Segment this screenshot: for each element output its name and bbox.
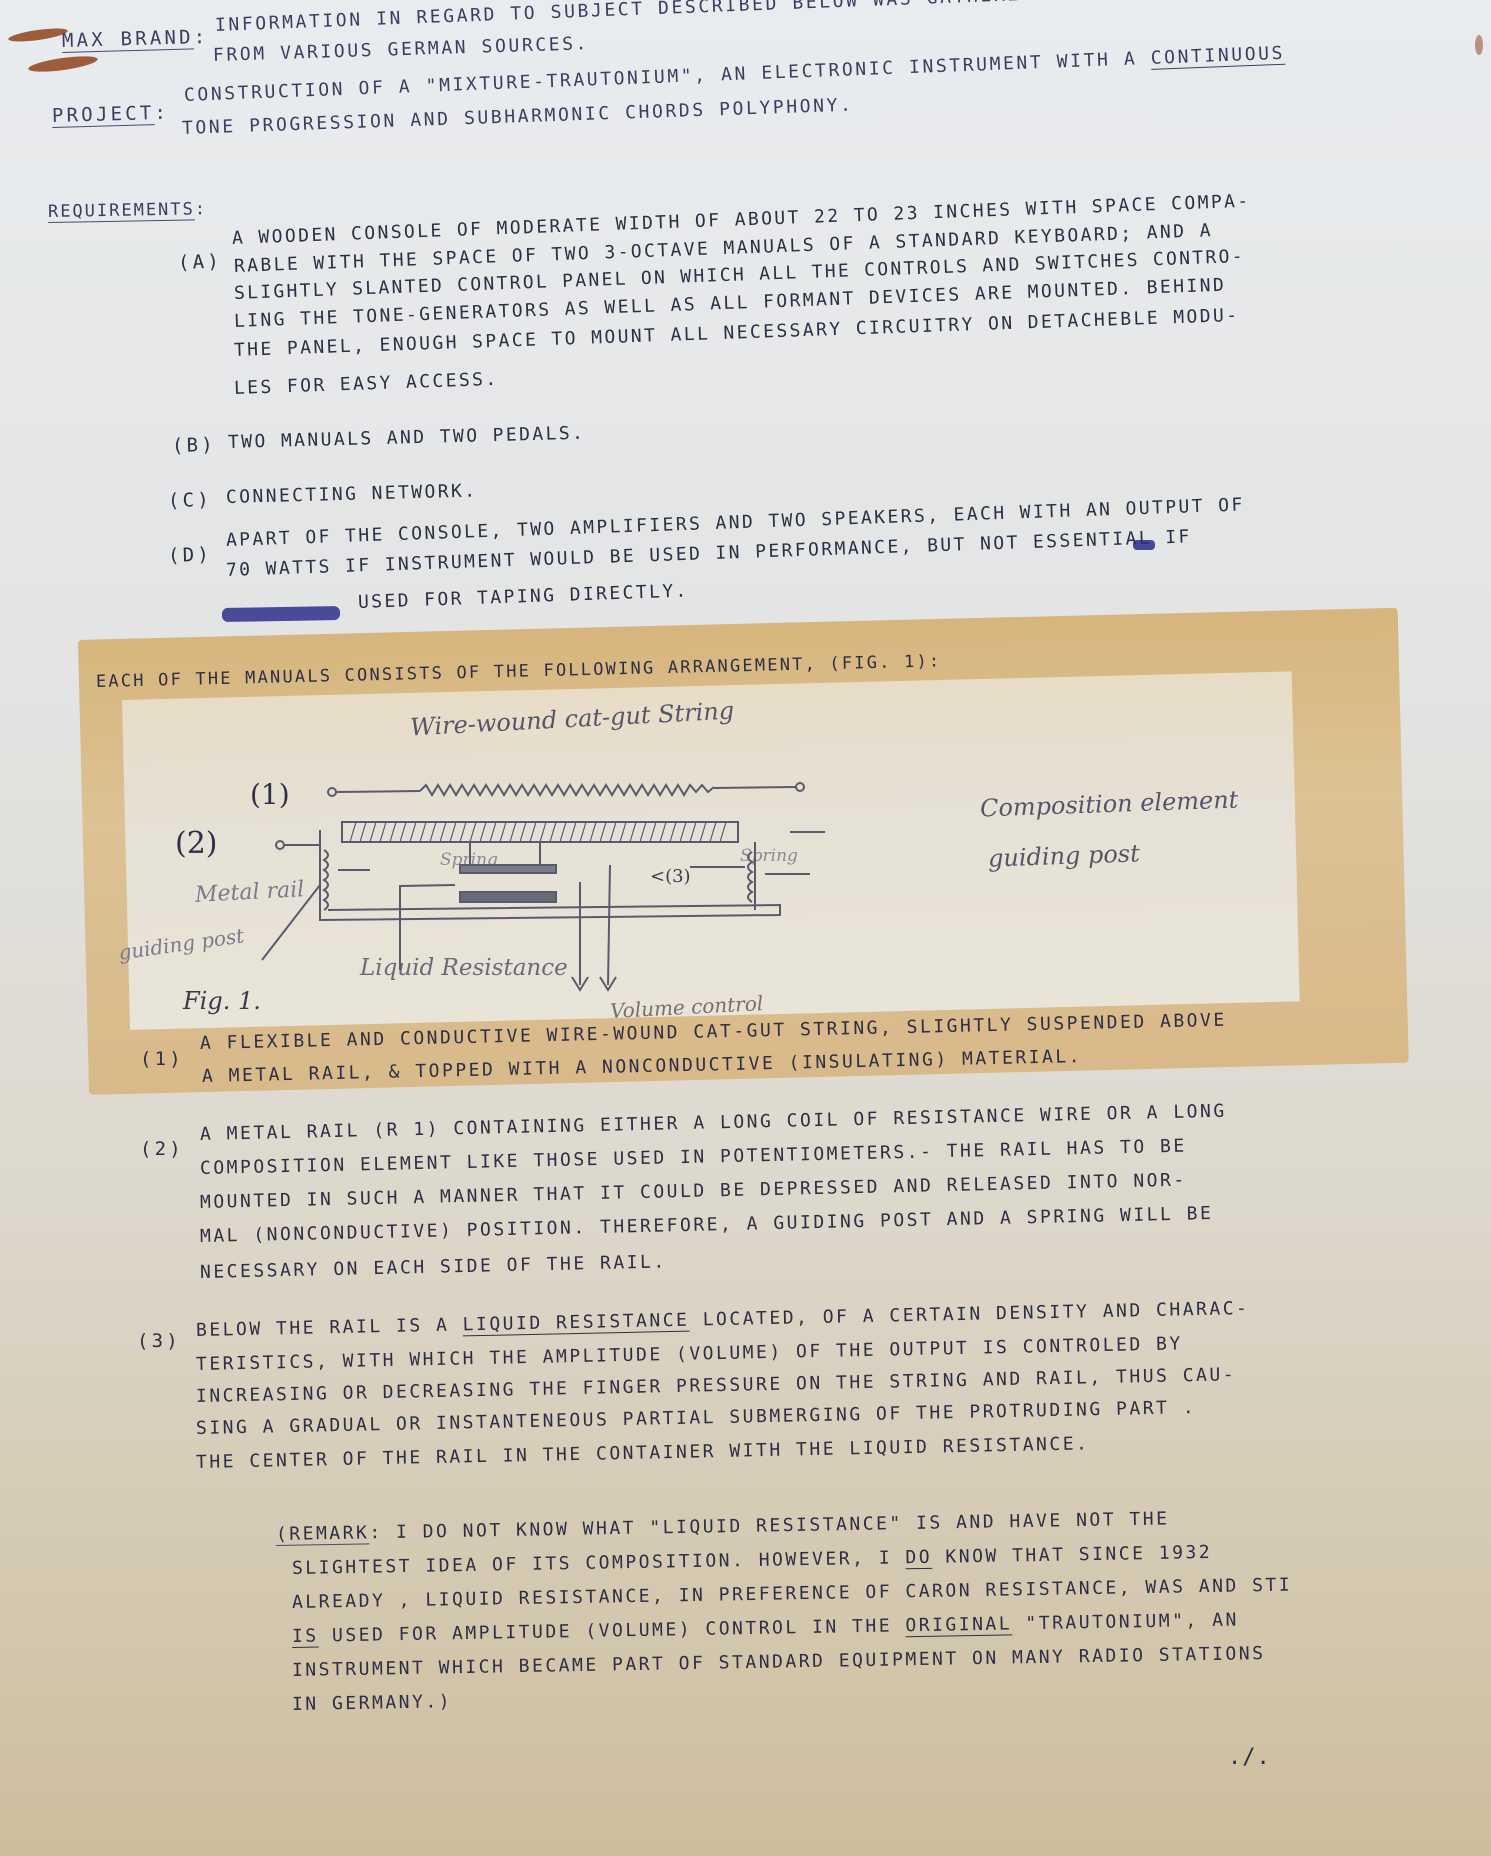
requirements-heading: Requirements:: [48, 199, 207, 222]
part-2-marker: (2): [140, 1138, 184, 1160]
req-c-marker: (C): [168, 489, 212, 512]
ink-blot: [1133, 540, 1155, 550]
brand-text-line2: from various German sources.: [213, 33, 590, 66]
brand-label: Max Brand:: [62, 26, 209, 52]
remark-line: instrument which became part of standard…: [292, 1643, 1266, 1681]
annotation-guiding-post-right: guiding post: [988, 839, 1141, 872]
ink-blot: [222, 606, 340, 622]
rust-stain: [1475, 35, 1483, 55]
remark-line: already , Liquid Resistance, in preferen…: [292, 1575, 1292, 1613]
req-c-line: Connecting network.: [226, 480, 478, 508]
part-2-line: necessary on each side of the rail.: [200, 1251, 667, 1283]
part-2-line: mal (nonconductive) position. Therefore,…: [200, 1203, 1214, 1247]
brand-text-line1: Information in regard to subject describ…: [215, 0, 1236, 36]
remark-line: (Remark: I do not know what "Liquid Resi…: [276, 1508, 1170, 1545]
req-b-marker: (B): [172, 434, 216, 457]
part-3-line: the center of the rail in the container …: [196, 1433, 1090, 1473]
part-1-marker: (1): [140, 1048, 184, 1070]
project-label: Project:: [52, 102, 170, 127]
rust-stain: [8, 26, 69, 44]
annotation-label2: (2): [175, 826, 218, 861]
req-d-marker: (D): [168, 543, 213, 567]
remark-line: in Germany.): [292, 1691, 452, 1715]
manual-diagram: [250, 770, 970, 1000]
part-3-marker: (3): [137, 1330, 181, 1352]
remark-line: slightest idea of its composition. Howev…: [292, 1542, 1212, 1579]
req-a-marker: (A): [178, 250, 223, 274]
req-b-line: Two manuals and two pedals.: [228, 423, 586, 453]
remark-line: is used for amplitude (volume) control i…: [292, 1609, 1239, 1647]
continuation-mark: ./.: [1228, 1745, 1271, 1770]
rust-stain: [28, 53, 99, 75]
document-page: Max Brand: Information in regard to subj…: [0, 0, 1491, 1856]
req-d-line: used for taping directly.: [358, 580, 689, 613]
req-a-line: les for easy access.: [234, 369, 499, 399]
